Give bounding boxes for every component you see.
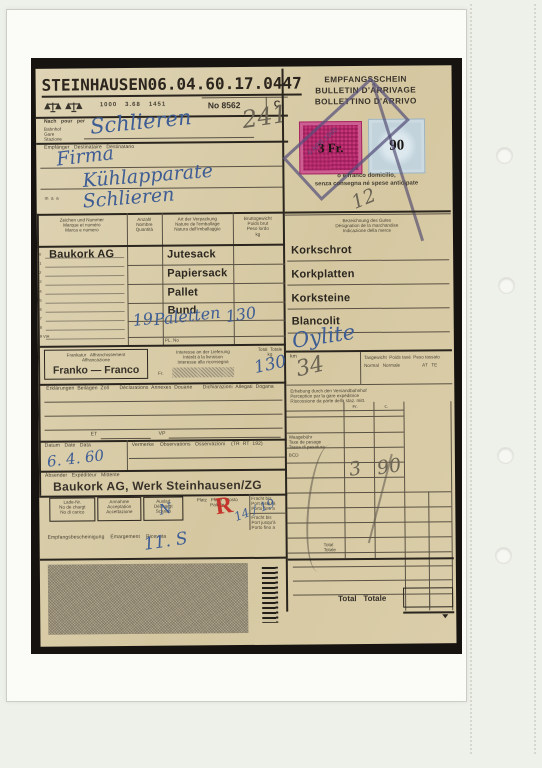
- interesse-box: Interesse an der Lieferung Intérêt à la …: [154, 349, 252, 365]
- auslad-handwritten: N: [158, 501, 173, 519]
- total-bottom-label: Total Totale: [338, 594, 386, 603]
- freight-document: STEINHAUSEN06.04.60.17.0447 1000 3.68 14…: [35, 65, 456, 647]
- station-label-it: Stazione: [44, 137, 62, 142]
- note-line-1: o e franco domicilio,: [288, 172, 444, 179]
- arrival-datetime-stamp: STEINHAUSEN06.04.60.17.0447: [42, 74, 302, 98]
- frankatur-box: Frankatur Affranchissement Affrancazione…: [44, 349, 148, 380]
- taxgewicht-atte-label: AT TE: [422, 362, 437, 367]
- binder-hole: [499, 278, 514, 293]
- scales-icon: [44, 100, 84, 114]
- taxgewicht-label: Taxgewicht Poids taxé Peso tassato: [364, 354, 440, 360]
- sleeve-stitch-left: [470, 4, 472, 754]
- maa-label: m a a: [45, 196, 59, 201]
- col-marks-header: Zeichen und NummerMarque et numéroMarca …: [39, 217, 125, 233]
- col-qty-header: AnzahlNombreQuantità: [127, 217, 162, 233]
- fee-fr-handwritten: 3: [347, 457, 362, 481]
- hand-weight: 130: [224, 303, 257, 326]
- photo-sheet: STEINHAUSEN06.04.60.17.0447 1000 3.68 14…: [6, 9, 467, 702]
- goods-item: Korkschrot: [291, 244, 352, 257]
- fee-c-col-label: c.: [384, 404, 388, 409]
- packing-row: Jutesack: [167, 248, 216, 260]
- panel-divider: [281, 69, 288, 612]
- interesse-fr-label: Fr.: [158, 371, 163, 376]
- annahme-box: AnnahmeAcceptationAccettazione: [97, 497, 141, 521]
- km-handwritten: 34: [294, 352, 327, 382]
- binder-hole: [498, 448, 513, 463]
- et-label: ET: [91, 432, 98, 438]
- arrow-icon: [442, 614, 448, 618]
- pl-no-label: PL. No: [165, 338, 179, 343]
- nach-row-label: Nach pour per: [44, 119, 85, 125]
- binder-hole: [497, 148, 512, 163]
- datum-handwritten: 6. 4. 60: [46, 446, 105, 470]
- photo-frame: STEINHAUSEN06.04.60.17.0447 1000 3.68 14…: [31, 58, 462, 654]
- packing-row: Papiersack: [167, 267, 227, 280]
- sleeve-stitch-right: [534, 4, 536, 754]
- col-weight-header: BruttogewichtPoids brutPeso lordokg: [233, 216, 283, 237]
- fee-fr-col-label: Fr.: [352, 404, 357, 409]
- receipt-signature-handwritten: 11. S: [142, 529, 189, 555]
- col-packing-header: Art der VerpackungNature de l'emballageN…: [162, 216, 233, 232]
- hand-qty: 19: [132, 309, 154, 330]
- taxgewicht-normal-label: Normal Normale: [364, 363, 400, 369]
- vermerke-label: Vermerke Observations Osservazioni (TR R…: [132, 442, 263, 449]
- goods-item: Korksteine: [291, 292, 350, 305]
- lade-nr-box: Lade-Nr.No de chargtNo di carico: [49, 497, 95, 521]
- marks-value: Baukork AG: [49, 248, 114, 261]
- row-index-digits: 012 345 678 9 VIA: [39, 250, 49, 342]
- packing-row: Pallet: [167, 286, 198, 298]
- interesse-hatched-field: [172, 367, 234, 378]
- declarations-label: Erklärungen Beilagen Zoll Déclarations A…: [46, 385, 273, 393]
- stripe-block: [262, 567, 278, 623]
- total-small-label: TotalTotale: [324, 542, 336, 553]
- goods-item: Korkplatten: [291, 268, 354, 281]
- pencil-number: 12: [348, 184, 379, 214]
- binder-hole: [496, 548, 511, 563]
- bcd-label: BCD: [289, 453, 299, 458]
- erhebung-label: Erhebung durch den VersandbahnhofPercept…: [290, 388, 367, 404]
- form-number: No 8562: [208, 100, 241, 110]
- waagebuehr-label: WaagebührTaxe de pesageTassa di pesatura: [289, 434, 325, 450]
- franko-value: Franko — Franco: [45, 364, 147, 377]
- halftone-block: [48, 563, 249, 635]
- goods-header: Bezeichnung des GutesDésignation de la m…: [289, 217, 445, 234]
- vp-label: VP: [159, 432, 166, 438]
- destination-station-handwritten: Schlieren: [89, 105, 192, 139]
